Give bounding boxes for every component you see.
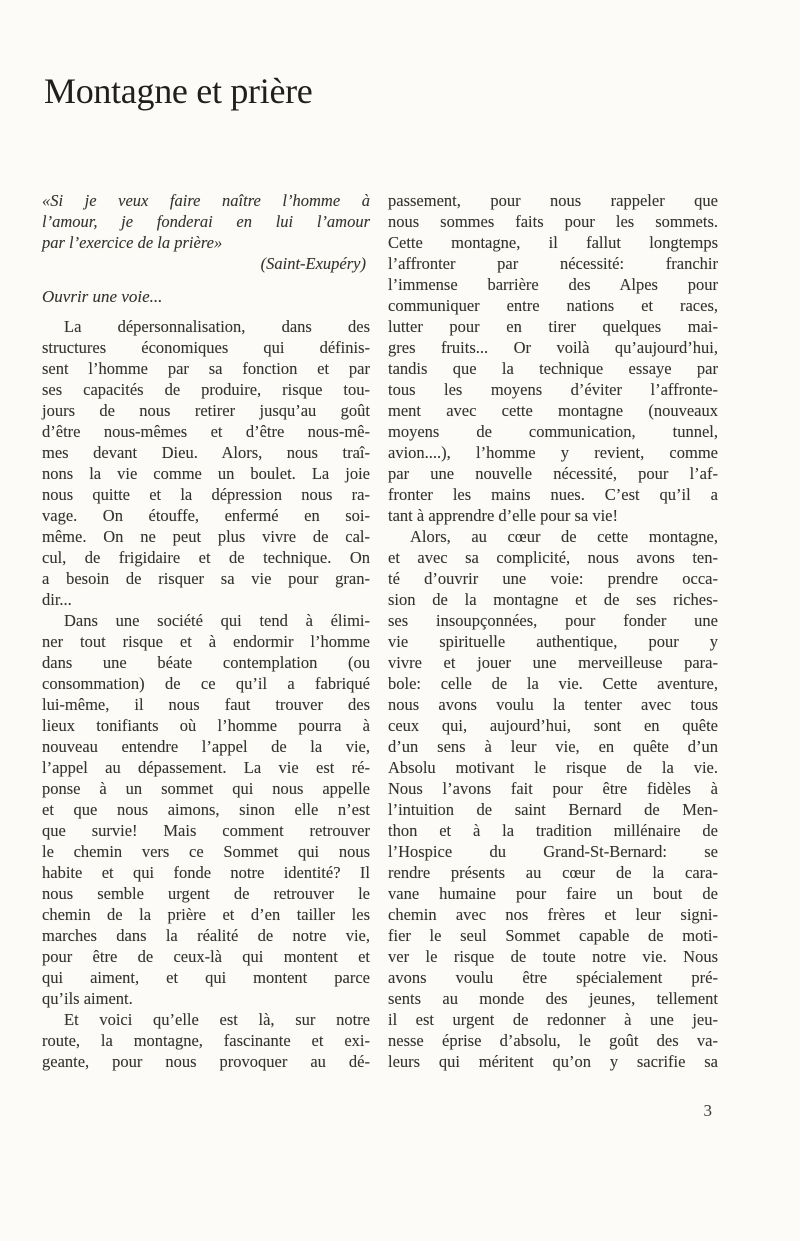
text-line: nouveau entendre l’appel de la vie, <box>42 736 370 757</box>
text-line: consommation) de ce qu’il a fabriqué <box>42 673 370 694</box>
section-heading: Ouvrir une voie... <box>42 286 370 307</box>
text-line: leurs qui méritent qu’on y sacrifie sa <box>388 1051 718 1072</box>
text-line: nous quitte et la dépression nous ra- <box>42 484 370 505</box>
text-line: ner tout risque et à endormir l’homme <box>42 631 370 652</box>
left-column-text: La dépersonnalisation, dans desstructure… <box>42 316 370 1072</box>
text-line: sent l’homme par sa fonction et par <box>42 358 370 379</box>
text-line: Cette montagne, il fallut longtemps <box>388 232 718 253</box>
text-line: nous avons voulu la tenter avec tous <box>388 694 718 715</box>
text-line: l’appel au dépassement. La vie est ré- <box>42 757 370 778</box>
text-line: d’être nous-mêmes et d’être nous-mê- <box>42 421 370 442</box>
text-line: thon et à la tradition millénaire de <box>388 820 718 841</box>
text-line: communiquer entre nations et races, <box>388 295 718 316</box>
text-line: et que nous aimons, sinon elle n’est <box>42 799 370 820</box>
text-line: vivre et jouer une merveilleuse para- <box>388 652 718 673</box>
text-line: d’un sens à leur vie, en quête d’un <box>388 736 718 757</box>
right-column-text: passement, pour nous rappeler quenous so… <box>388 190 718 1072</box>
text-line: a besoin de risquer sa vie pour gran- <box>42 568 370 589</box>
text-line: nesse éprise d’absolu, le goût des va- <box>388 1030 718 1051</box>
text-line: l’Hospice du Grand-St-Bernard: se <box>388 841 718 862</box>
text-line: qui aiment, et qui montent parce <box>42 967 370 988</box>
text-line: et avec sa complicité, nous avons ten- <box>388 547 718 568</box>
text-line: ponse à un sommet qui nous appelle <box>42 778 370 799</box>
text-line: cul, de frigidaire et de technique. On <box>42 547 370 568</box>
text-line: ver le risque de toute notre vie. Nous <box>388 946 718 967</box>
text-line: l’affronter par nécessité: franchir <box>388 253 718 274</box>
text-line: gres fruits... Or voilà qu’aujourd’hui, <box>388 337 718 358</box>
text-line: passement, pour nous rappeler que <box>388 190 718 211</box>
text-line: même. On ne peut plus vivre de cal- <box>42 526 370 547</box>
text-line: Et voici qu’elle est là, sur notre <box>42 1009 370 1030</box>
text-line: l’immense barrière des Alpes pour <box>388 274 718 295</box>
text-line: moyens de communication, tunnel, <box>388 421 718 442</box>
text-line: bole: celle de la vie. Cette aventure, <box>388 673 718 694</box>
text-line: tant à apprendre d’elle pour sa vie! <box>388 505 718 526</box>
text-line: Dans une société qui tend à élimi- <box>42 610 370 631</box>
text-line: chemin de la prière et d’en tailler les <box>42 904 370 925</box>
text-line: avons voulu être spécialement pré- <box>388 967 718 988</box>
text-line: marches dans la réalité de notre vie, <box>42 925 370 946</box>
text-line: rendre présents au cœur de la cara- <box>388 862 718 883</box>
text-line: geante, pour nous provoquer au dé- <box>42 1051 370 1072</box>
text-line: chemin avec nos frères et leur signi- <box>388 904 718 925</box>
text-line: dans une béate contemplation (ou <box>42 652 370 673</box>
text-line: Absolu motivant le risque de la vie. <box>388 757 718 778</box>
epigraph-attribution: (Saint-Exupéry) <box>42 253 370 274</box>
text-line: nous sommes faits pour les sommets. <box>388 211 718 232</box>
text-line: lutter pour en tirer quelques mai- <box>388 316 718 337</box>
text-line: La dépersonnalisation, dans des <box>42 316 370 337</box>
text-line: avion....), l’homme y revient, comme <box>388 442 718 463</box>
text-line: tous les moyens d’éviter l’affronte- <box>388 379 718 400</box>
text-line: qu’ils aiment. <box>42 988 370 1009</box>
text-line: «Si je veux faire naître l’homme à <box>42 190 370 211</box>
text-line: jours de nous retirer jusqu’au goût <box>42 400 370 421</box>
text-line: route, la montagne, fascinante et exi- <box>42 1030 370 1051</box>
text-line: par l’exercice de la prière» <box>42 232 370 253</box>
text-line: vage. On étouffe, enfermé en soi- <box>42 505 370 526</box>
text-line: fronter les mains nues. C’est qu’il a <box>388 484 718 505</box>
text-line: que survie! Mais comment retrouver <box>42 820 370 841</box>
text-line: té d’ouvrir une voie: prendre occa- <box>388 568 718 589</box>
text-line: vane humaine pour faire un bout de <box>388 883 718 904</box>
text-line: fier le seul Sommet capable de moti- <box>388 925 718 946</box>
text-line: le chemin vers ce Sommet qui nous <box>42 841 370 862</box>
text-line: sion de la montagne et de ses riches- <box>388 589 718 610</box>
text-line: ceux qui, aujourd’hui, sont en quête <box>388 715 718 736</box>
text-line: l’amour, je fonderai en lui l’amour <box>42 211 370 232</box>
text-line: structures économiques qui définis- <box>42 337 370 358</box>
text-line: nons la vie comme un boulet. La joie <box>42 463 370 484</box>
text-line: ses capacités de produire, risque tou- <box>42 379 370 400</box>
text-line: ses insoupçonnées, pour fonder une <box>388 610 718 631</box>
text-line: lui-même, il nous faut trouver des <box>42 694 370 715</box>
text-line: il est urgent de redonner à une jeu- <box>388 1009 718 1030</box>
text-line: vie spirituelle authentique, pour y <box>388 631 718 652</box>
text-line: habite et qui fonde notre identité? Il <box>42 862 370 883</box>
text-line: sents au monde des jeunes, tellement <box>388 988 718 1009</box>
text-line: ment avec cette montagne (nouveaux <box>388 400 718 421</box>
document-page: Montagne et prière «Si je veux faire naî… <box>0 0 800 1241</box>
page-number: 3 <box>682 1101 712 1121</box>
text-line: pour être de ceux-là qui montent et <box>42 946 370 967</box>
text-line: nous semble urgent de retrouver le <box>42 883 370 904</box>
epigraph: «Si je veux faire naître l’homme àl’amou… <box>42 190 370 253</box>
text-line: dir... <box>42 589 370 610</box>
right-column: passement, pour nous rappeler quenous so… <box>388 190 718 1072</box>
text-line: lieux tonifiants où l’homme pourra à <box>42 715 370 736</box>
text-line: tandis que la technique essaye par <box>388 358 718 379</box>
text-line: Alors, au cœur de cette montagne, <box>388 526 718 547</box>
text-line: Nous l’avons fait pour être fidèles à <box>388 778 718 799</box>
text-line: par une nouvelle nécessité, pour l’af- <box>388 463 718 484</box>
page-title: Montagne et prière <box>44 70 313 112</box>
left-column: «Si je veux faire naître l’homme àl’amou… <box>42 190 370 1072</box>
text-line: l’intuition de saint Bernard de Men- <box>388 799 718 820</box>
text-line: mes devant Dieu. Alors, nous traî- <box>42 442 370 463</box>
